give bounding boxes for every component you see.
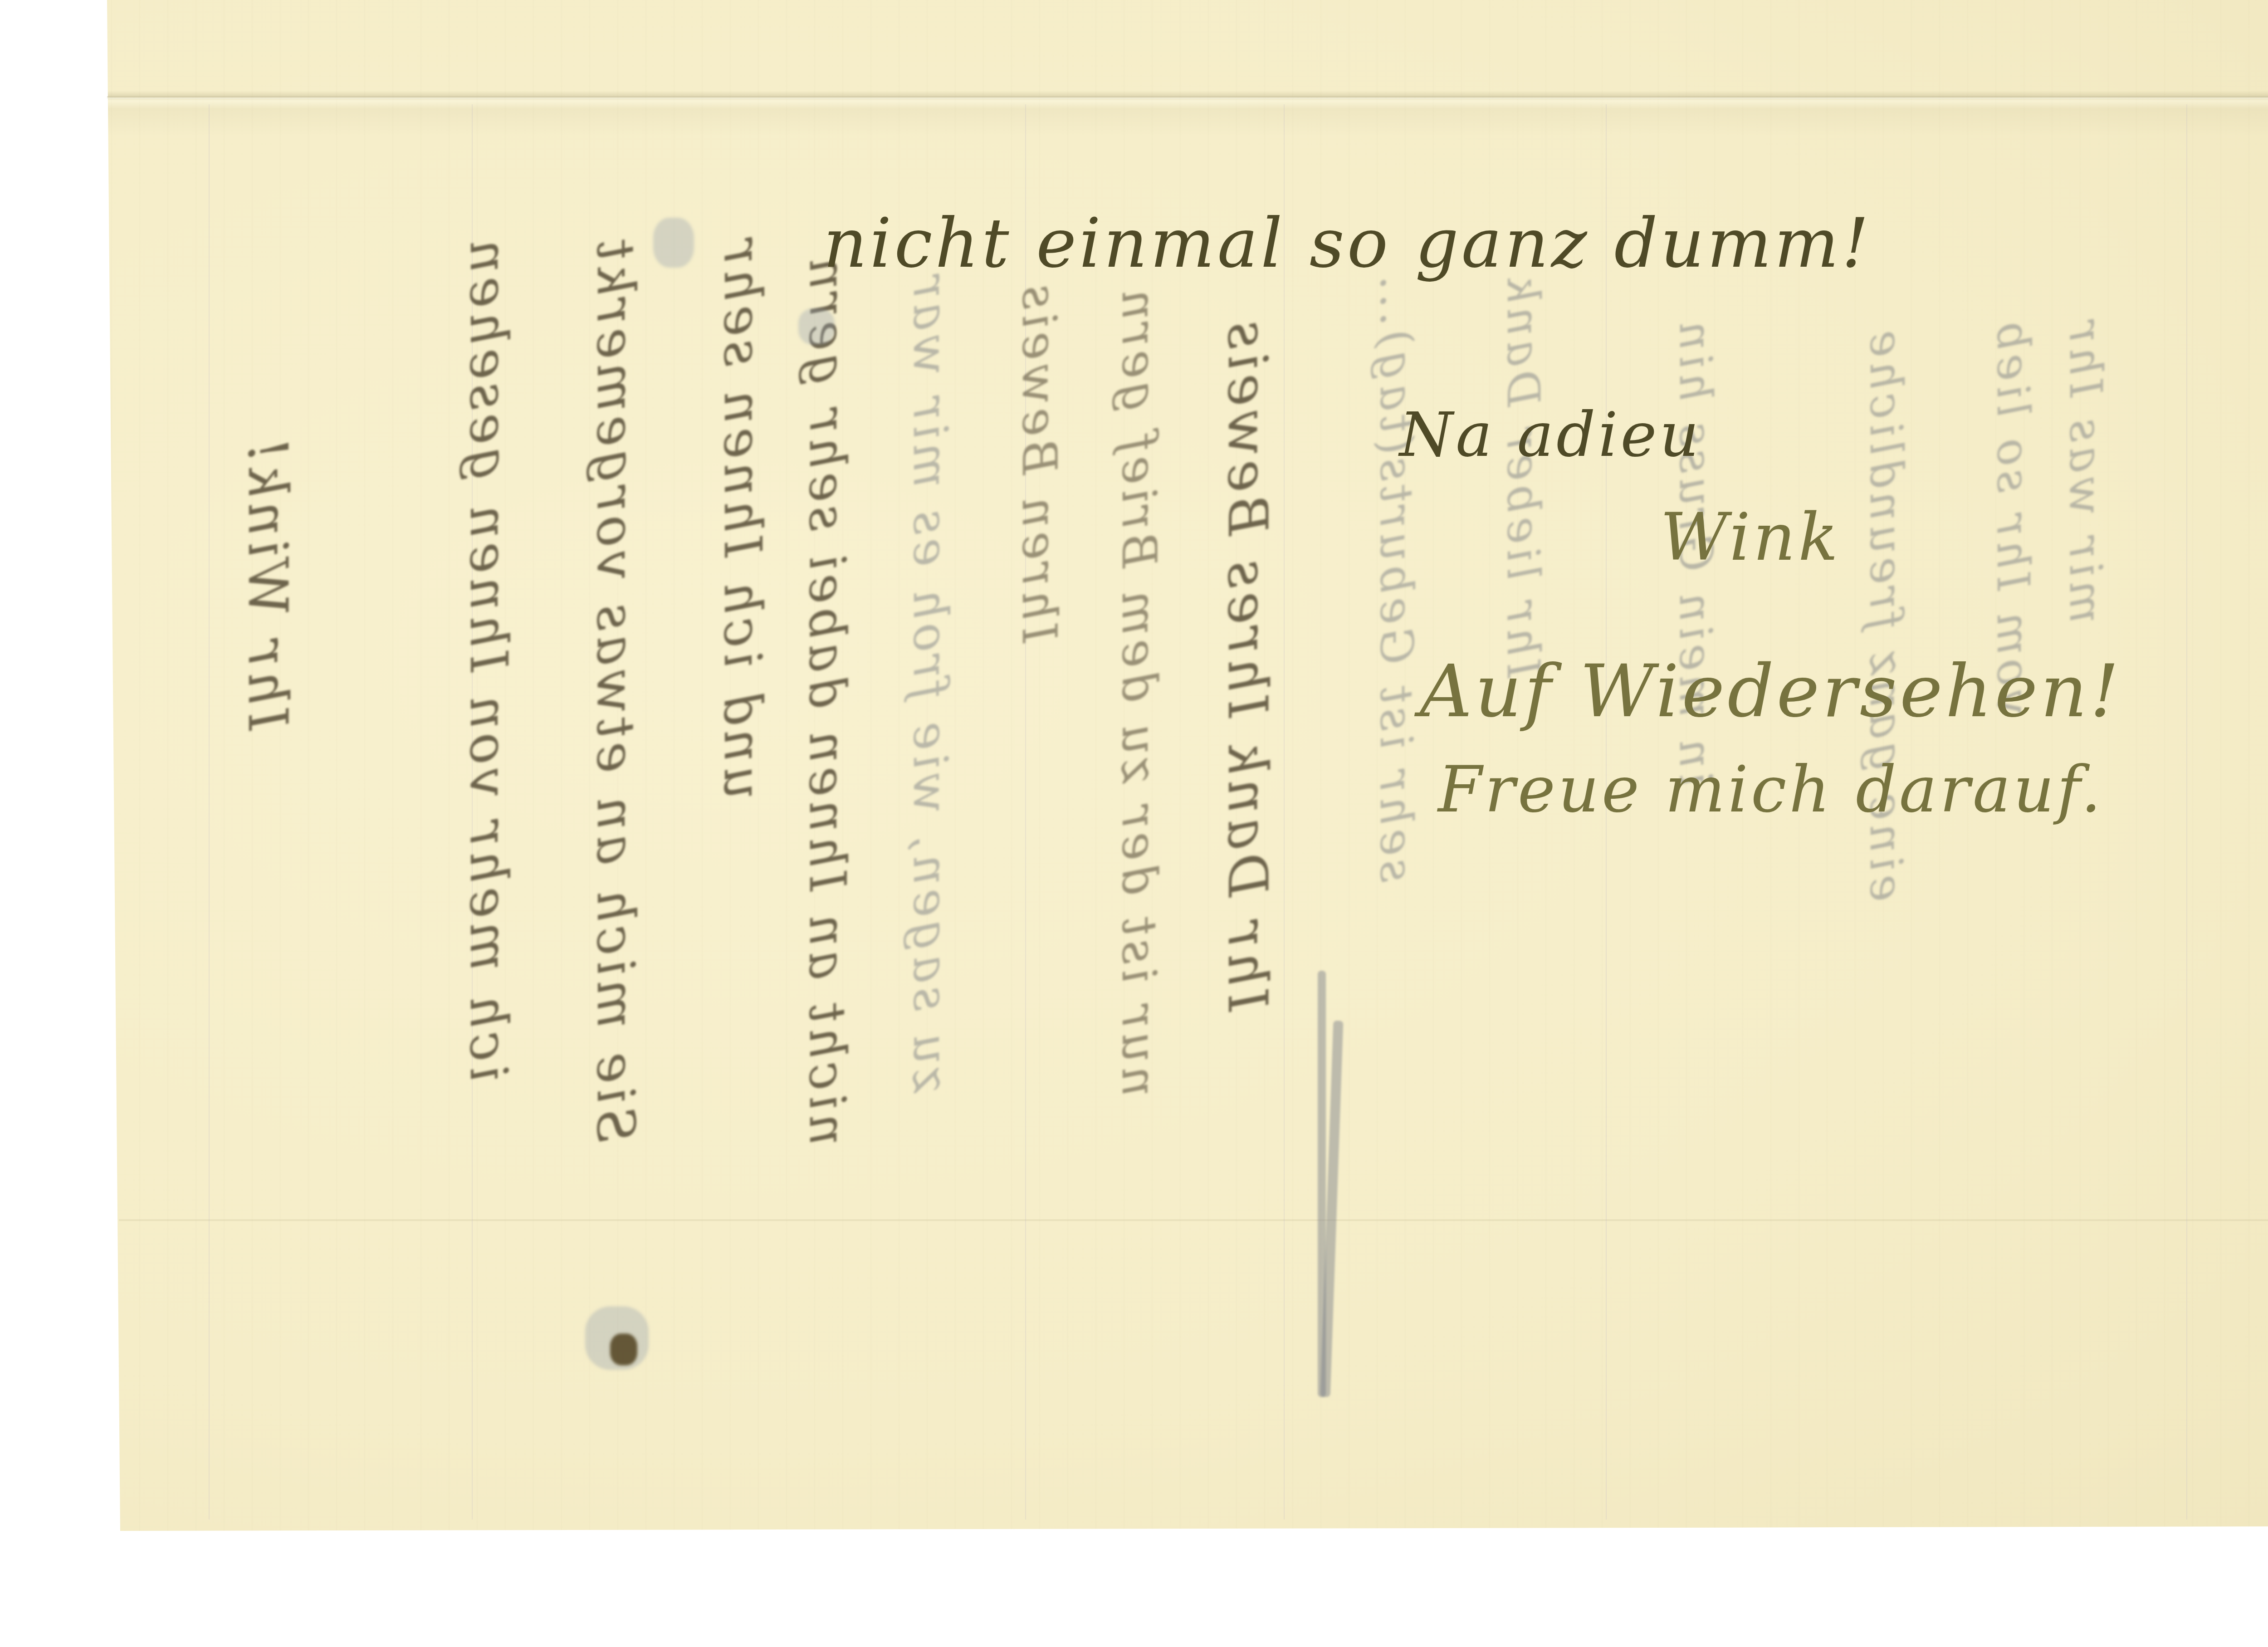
farewell-line: Na adieu [1399, 399, 1701, 470]
bleed-through-column: mir was Ihr [2059, 318, 2112, 623]
top-fold-crease [107, 96, 2268, 99]
bleed-through-column: Ihr Dank Ihres Beweis [1216, 318, 1279, 1012]
bleed-through-column: sehr ist Geburts(tag)... [1370, 272, 1423, 883]
bleed-through-column: Ihr Wink! [236, 435, 299, 730]
ruled-line [209, 104, 210, 1520]
bleed-through-column: Ihren Beweis [1012, 281, 1067, 643]
postscript-line: Auf Wiedersehen! [1420, 649, 2122, 733]
bottom-fold-crease [119, 1219, 2268, 1221]
ink-blot [798, 308, 835, 345]
postscript-line-2: Freue mich darauf. [1438, 753, 2104, 827]
bleed-through-column: zu sagen, wie froh es mir war [903, 272, 958, 1093]
signature: Wink [1660, 499, 1841, 576]
letter-closing-line: nicht einmal so ganz dumm! [823, 204, 1872, 283]
ruled-line [1284, 104, 1285, 1520]
ink-blot [653, 218, 694, 268]
bleed-through-column: nicht an Ihnen dabei sehr gern [798, 254, 856, 1146]
bleed-through-column: Sie mich an etwas vorgemerkt [585, 236, 646, 1143]
ink-blot [610, 1334, 637, 1365]
bleed-through-column: Ihr lieber Dank [1497, 272, 1550, 678]
bleed-through-column: und ich Ihnen sehr [712, 236, 773, 799]
bleed-through-column: ich mehr von Ihnen gesehen [458, 236, 519, 1082]
ruled-line [2186, 104, 2187, 1520]
bleed-through-column: nur ist der zu dem Brief gern [1111, 286, 1167, 1097]
